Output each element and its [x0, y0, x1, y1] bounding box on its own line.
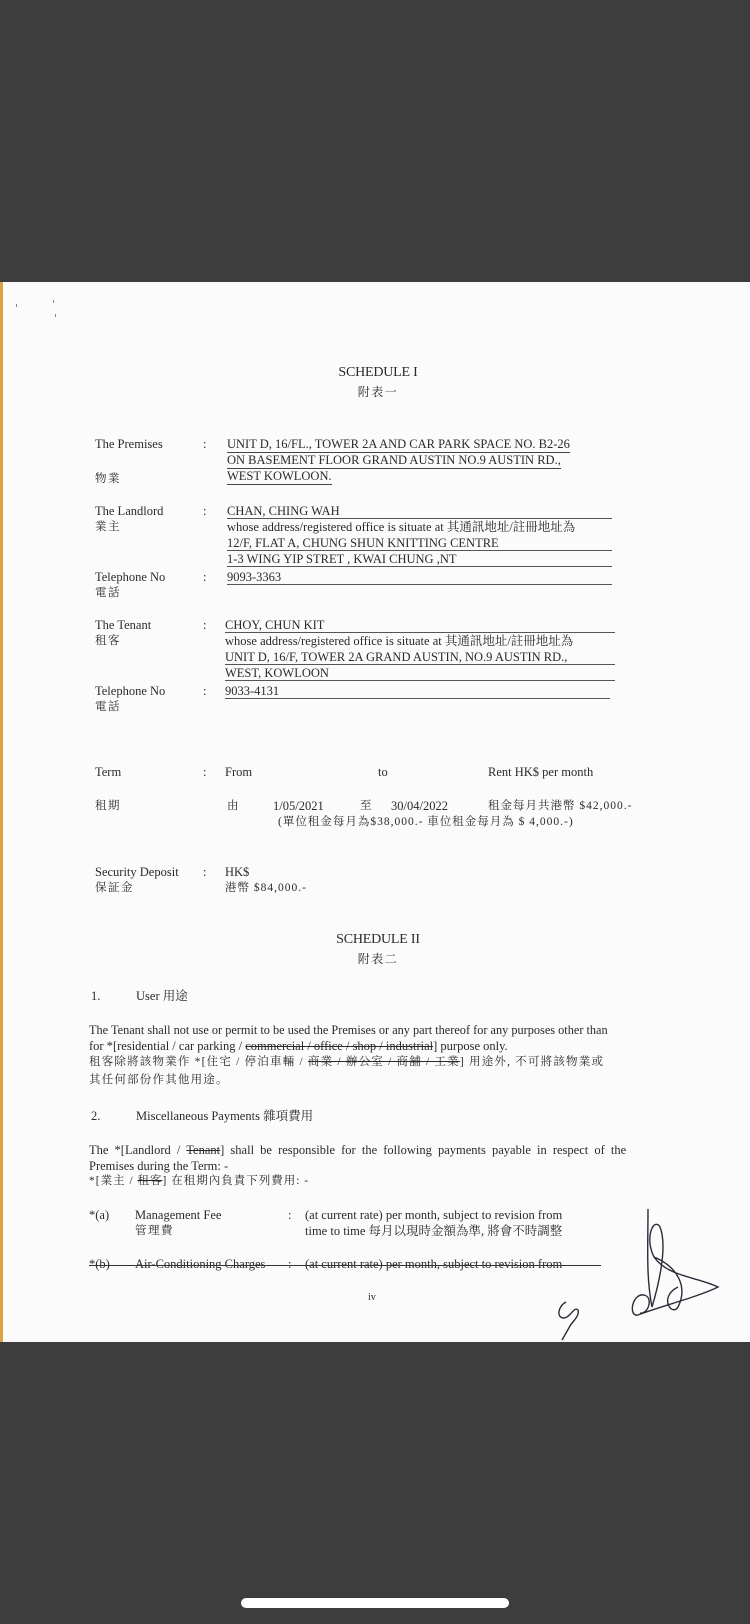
premises-line-2: ON BASEMENT FLOOR GRAND AUSTIN NO.9 AUST… — [227, 453, 561, 469]
colon: : — [203, 570, 206, 585]
home-indicator[interactable] — [241, 1598, 509, 1608]
item-a-name: Management Fee — [135, 1208, 221, 1223]
term-label-zh: 租期 — [95, 799, 121, 814]
scan-speck — [16, 304, 17, 307]
landlord-address-intro: whose address/registered office is situa… — [227, 520, 575, 535]
tenant-address-intro: whose address/registered office is situa… — [225, 634, 573, 649]
underline — [225, 632, 615, 633]
landlord-name: CHAN, CHING WAH — [227, 504, 340, 519]
user-clause-line-2: for *[residential / car parking / commer… — [89, 1039, 508, 1054]
tenant-label: The Tenant — [95, 618, 151, 633]
scan-speck — [53, 300, 54, 303]
misc-clause-zh: *[業主 / 租客] 在租期內負責下列費用: - — [89, 1174, 309, 1189]
deposit-label-zh: 保証金 — [95, 881, 134, 896]
user-clause-zh-line-2: 其任何部份作其他用途。 — [89, 1073, 229, 1088]
schedule-1-title: SCHEDULE I — [3, 365, 750, 381]
colon: : — [203, 684, 206, 699]
colon: : — [203, 618, 206, 633]
underline — [225, 680, 615, 681]
landlord-phone-label-zh: 電話 — [95, 586, 121, 601]
user-clause-zh-line-1: 租客除將該物業作 *[住宅 / 停泊車輛 / 商業 / 辦公室 / 商舖 / 工… — [89, 1055, 604, 1070]
tenant-address-line-1: UNIT D, 16/F, TOWER 2A GRAND AUSTIN, NO.… — [225, 650, 567, 665]
rent-breakdown: (單位租金每月為$38,000.- 車位租金每月為 $ 4,000.-) — [278, 815, 574, 830]
colon: : — [288, 1208, 291, 1223]
tenant-label-zh: 租客 — [95, 634, 121, 649]
misc-clause-line-2: Premises during the Term: - — [89, 1159, 228, 1174]
colon: : — [203, 437, 206, 452]
rent-label: Rent HK$ per month — [488, 765, 593, 780]
term-from-label-zh: 由 — [227, 799, 240, 814]
item-a-code: *(a) — [89, 1208, 109, 1223]
term-label: Term — [95, 765, 121, 780]
underline — [227, 566, 612, 567]
item-a-desc-2: time to time 每月以現時金額為準, 將會不時調整 — [305, 1224, 562, 1239]
landlord-label: The Landlord — [95, 504, 163, 519]
misc-clause-line-1: The *[Landlord / Tenant] shall be respon… — [89, 1143, 626, 1158]
premises-line-3: WEST KOWLOON. — [227, 469, 332, 485]
deposit-currency: HK$ — [225, 865, 249, 880]
term-to-date: 30/04/2022 — [391, 799, 448, 814]
term-from-label: From — [225, 765, 252, 780]
tenant-phone: 9033-4131 — [225, 684, 279, 699]
section-2-heading: Miscellaneous Payments 雜項費用 — [136, 1109, 313, 1124]
tenant-address-line-2: WEST, KOWLOON — [225, 666, 329, 681]
deposit-label: Security Deposit — [95, 865, 179, 880]
section-1-heading: User 用途 — [136, 989, 188, 1004]
schedule-2-title: SCHEDULE II — [3, 932, 750, 948]
tenant-phone-label: Telephone No — [95, 684, 165, 699]
page-number: iv — [368, 1290, 376, 1305]
colon: : — [203, 765, 206, 780]
initials-signature-icon — [548, 1292, 598, 1342]
document-page: SCHEDULE I 附表一 The Premises 物業 : UNIT D,… — [0, 282, 750, 1342]
underline — [227, 550, 612, 551]
schedule-1-title-zh: 附表一 — [3, 383, 750, 400]
landlord-address-line-1: 12/F, FLAT A, CHUNG SHUN KNITTING CENTRE — [227, 536, 499, 551]
premises-label-zh: 物業 — [95, 472, 121, 487]
colon: : — [203, 865, 206, 880]
item-a-desc-1: (at current rate) per month, subject to … — [305, 1208, 562, 1223]
signature-icon — [618, 1207, 723, 1322]
rent-amount: 租金每月共港幣 $42,000.- — [488, 799, 632, 814]
item-a-name-zh: 管理費 — [135, 1224, 174, 1239]
landlord-phone-label: Telephone No — [95, 570, 165, 585]
tenant-phone-label-zh: 電話 — [95, 700, 121, 715]
landlord-phone: 9093-3363 — [227, 570, 281, 585]
landlord-address-line-2: 1-3 WING YIP STRET , KWAI CHUNG ,NT — [227, 552, 457, 567]
underline — [225, 698, 610, 699]
term-to-label-zh: 至 — [360, 799, 373, 814]
term-from-date: 1/05/2021 — [273, 799, 324, 814]
user-clause-line-1: The Tenant shall not use or permit to be… — [89, 1023, 608, 1038]
term-to-label: to — [378, 765, 388, 780]
tenant-name: CHOY, CHUN KIT — [225, 618, 324, 633]
premises-line-1: UNIT D, 16/FL., TOWER 2A AND CAR PARK SP… — [227, 437, 570, 453]
underline — [227, 518, 612, 519]
section-2-number: 2. — [91, 1109, 100, 1124]
strike-through-line — [89, 1265, 601, 1266]
landlord-label-zh: 業主 — [95, 520, 121, 535]
underline — [225, 664, 615, 665]
scan-speck — [55, 314, 56, 317]
underline — [227, 584, 612, 585]
colon: : — [203, 504, 206, 519]
section-1-number: 1. — [91, 989, 100, 1004]
schedule-2-title-zh: 附表二 — [3, 950, 750, 967]
deposit-amount: 港幣 $84,000.- — [225, 881, 307, 896]
premises-label: The Premises — [95, 437, 163, 452]
